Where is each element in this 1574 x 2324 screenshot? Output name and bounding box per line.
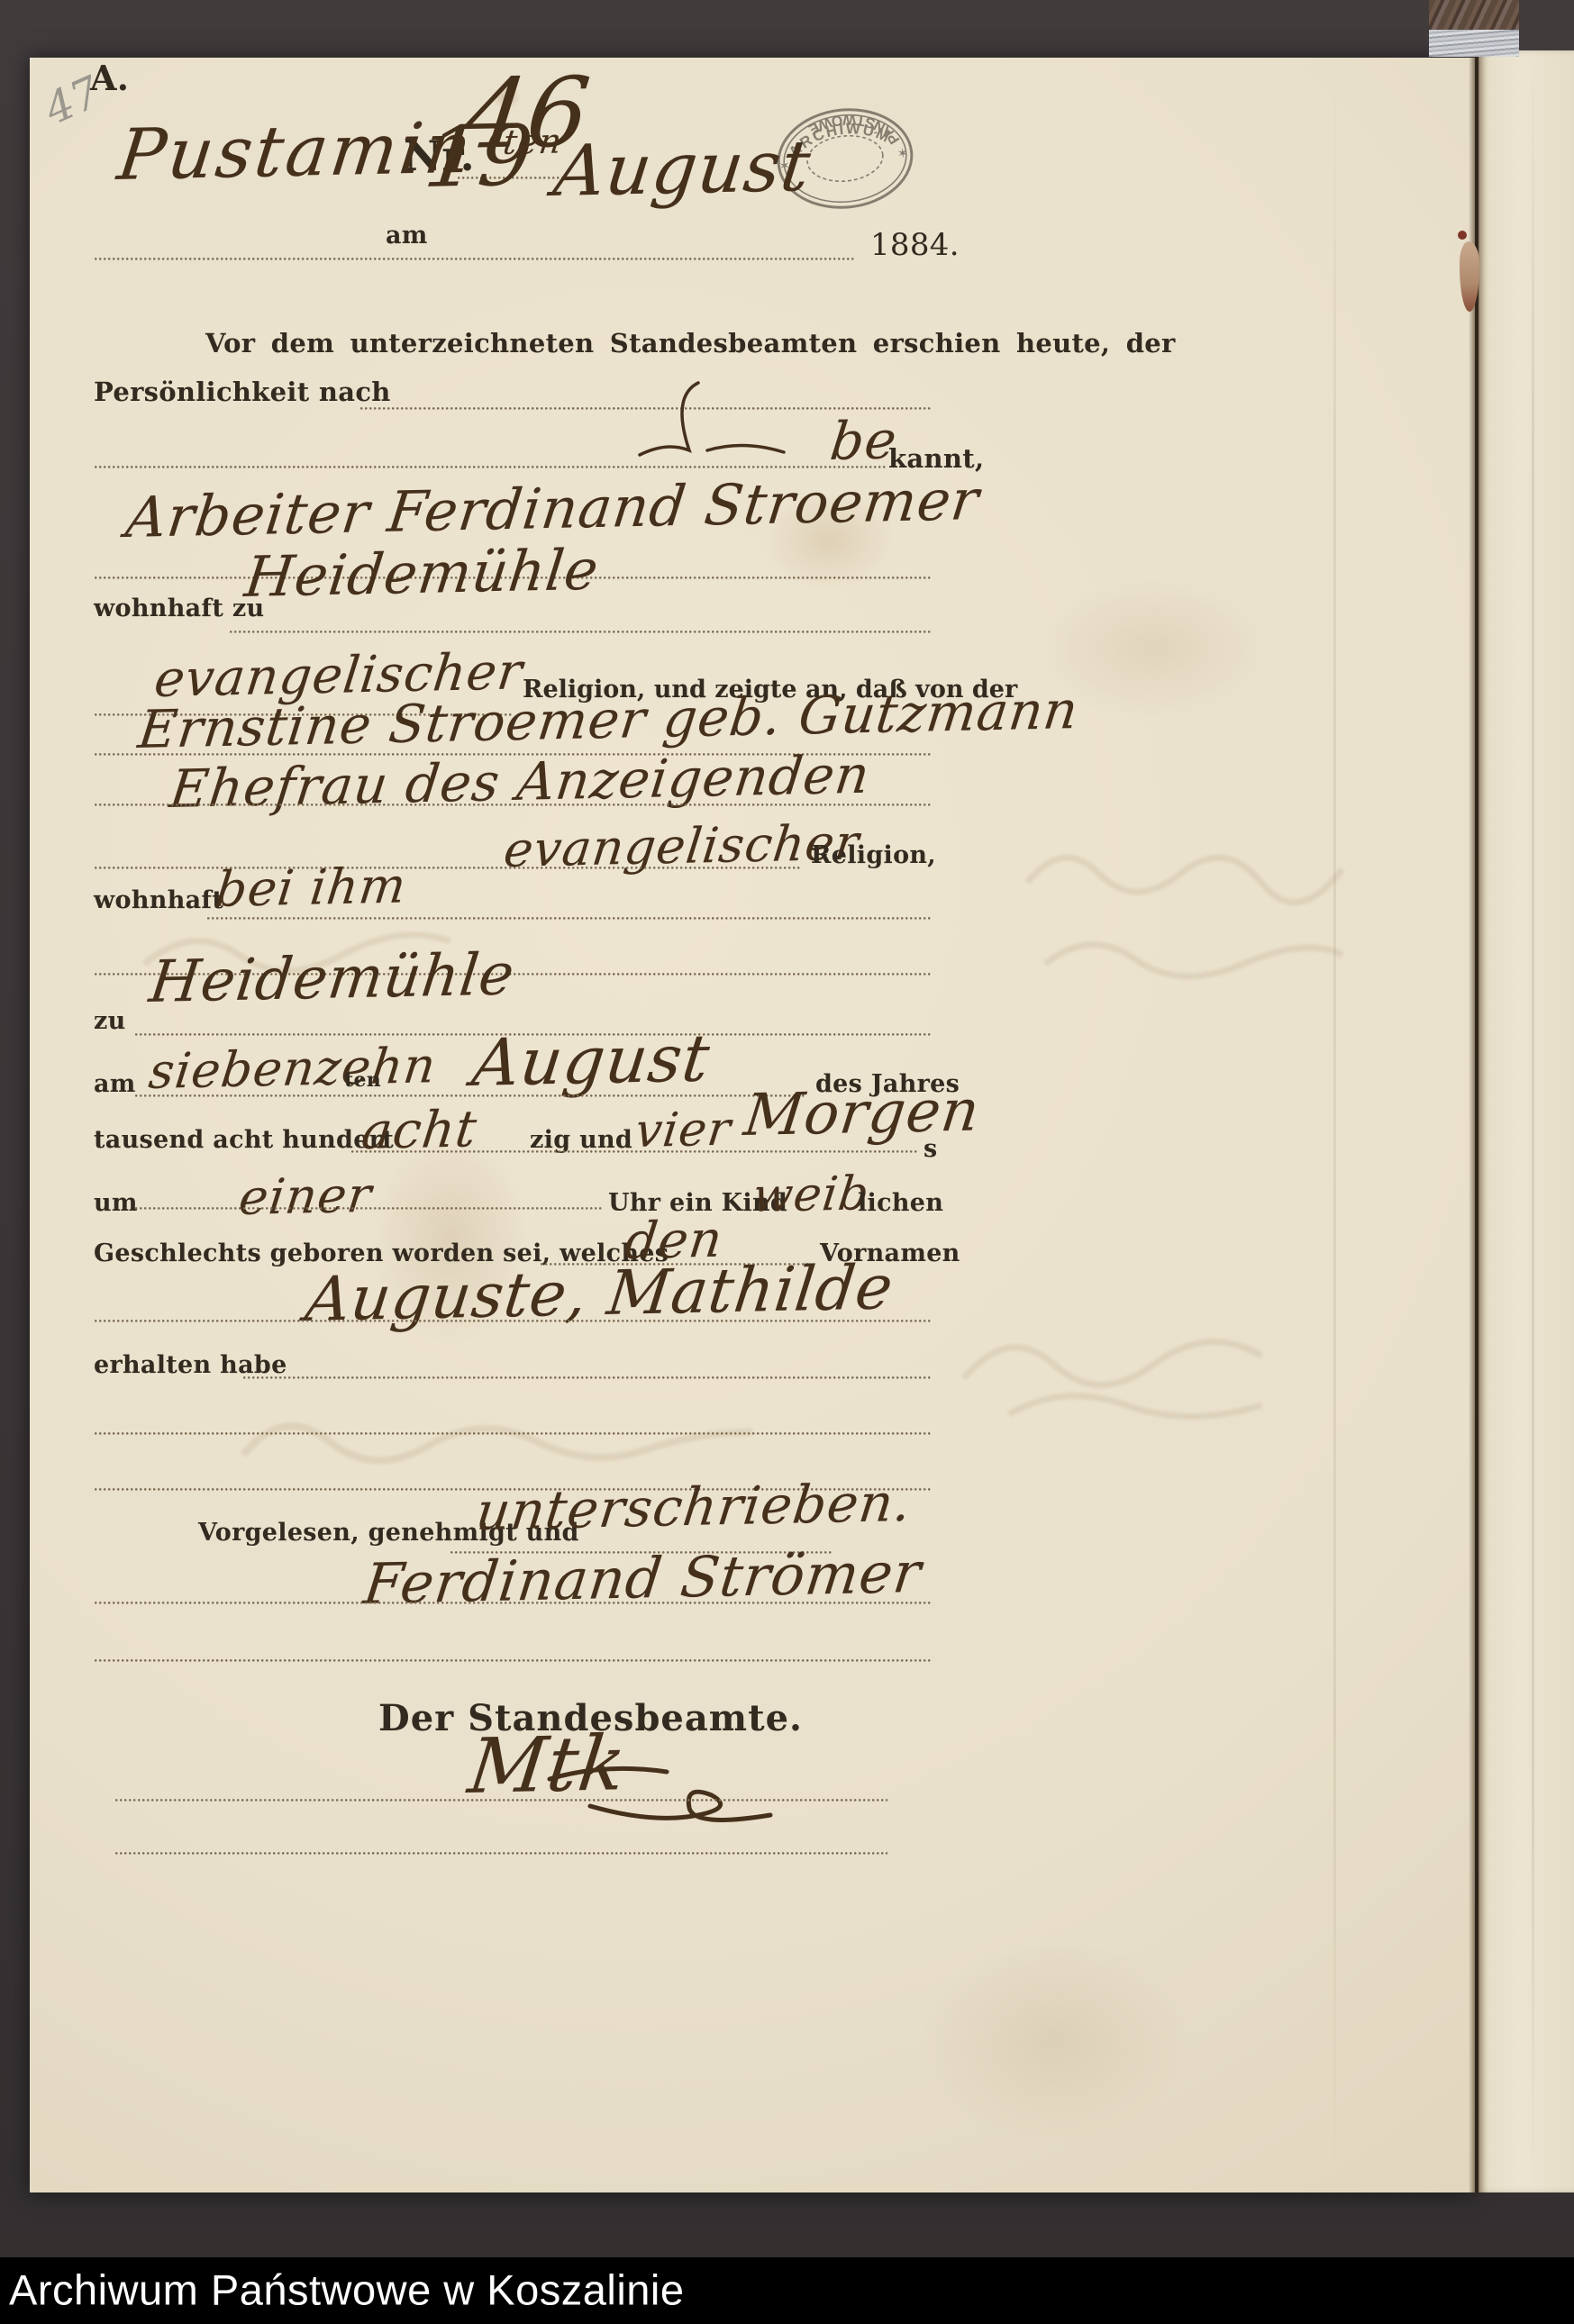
dotted-rule [230, 631, 933, 633]
wohnhaft2-label: wohnhaft [94, 886, 223, 914]
ink-bleedthrough [1018, 829, 1360, 1018]
birthplace-value: Heidemühle [146, 941, 518, 1016]
wax-speck [1458, 231, 1467, 240]
dotted-rule [95, 1432, 933, 1435]
am-label: am [386, 222, 428, 250]
signature-flourish [541, 1757, 811, 1838]
dotted-rule [207, 917, 933, 920]
dotted-rule [95, 1659, 933, 1662]
dotted-rule [95, 466, 886, 468]
stamp-star-right: ✶ [896, 147, 909, 162]
right-page-sliver [1478, 50, 1574, 2192]
pen-flourish [622, 369, 802, 468]
marbled-cover-corner [1429, 0, 1519, 32]
ten-label: ten [344, 1068, 381, 1092]
paper-crease [1333, 58, 1336, 2192]
child-names: Auguste, Mathilde [302, 1252, 897, 1336]
am2-label: am [94, 1070, 136, 1098]
bei-ihm-value: bei ihm [213, 857, 410, 918]
um-label: um [94, 1189, 138, 1217]
date-month: August [550, 126, 815, 213]
birth-month: August [469, 1020, 714, 1101]
s-suffix-label: s [923, 1135, 938, 1163]
watermark-bar: Archiwum Państwowe w Koszalinie [0, 2257, 1574, 2324]
dotted-rule [115, 1799, 887, 1802]
declarant-signature: Ferdinand Strömer [360, 1539, 925, 1617]
intro-line1: Vor dem unterzeichneten Standesbeamten e… [205, 328, 1176, 359]
dotted-rule [243, 1376, 933, 1379]
dotted-rule [135, 1207, 604, 1210]
dotted-rule [95, 803, 933, 806]
religion2-label: Religion, [811, 841, 936, 869]
dotted-rule [95, 1602, 933, 1604]
dotted-rule [95, 1320, 933, 1322]
tausend-label: tausend acht hundert [94, 1126, 394, 1154]
paper-crease [1532, 50, 1534, 2192]
residence-value: Heidemühle [241, 537, 603, 610]
erhalten-habe-label: erhalten habe [94, 1351, 287, 1379]
book-gutter [1469, 50, 1479, 2192]
zu-label: zu [94, 1007, 126, 1035]
date-day-suffix: ten [501, 122, 564, 162]
dotted-rule [351, 1150, 919, 1153]
gender-value: weib [750, 1167, 872, 1223]
page-block-edges [1429, 30, 1519, 57]
closing-handwritten: unterschrieben. [473, 1472, 915, 1542]
intro-line2: Persönlichkeit nach [94, 377, 391, 407]
dotted-rule [135, 1094, 806, 1097]
scanned-document: A. 47 Nr. 46 ARCHIWUM PAŃSTWOWE ✶ ✶ Pust… [0, 0, 1574, 2324]
daytime-value: Morgen [741, 1077, 984, 1149]
archive-watermark-text: Archiwum Państwowe w Koszalinie [9, 2265, 685, 2314]
dotted-rule [95, 867, 802, 869]
dotted-rule [115, 1852, 887, 1855]
ink-bleedthrough [955, 1306, 1333, 1441]
lichen-label: lichen [858, 1189, 943, 1217]
wohnhaft-zu-label: wohnhaft zu [94, 595, 264, 622]
hour-value: einer [236, 1167, 375, 1226]
date-year: 1884. [870, 227, 960, 263]
birth-day-word: siebenzehn [146, 1037, 440, 1100]
dotted-rule [95, 258, 856, 260]
